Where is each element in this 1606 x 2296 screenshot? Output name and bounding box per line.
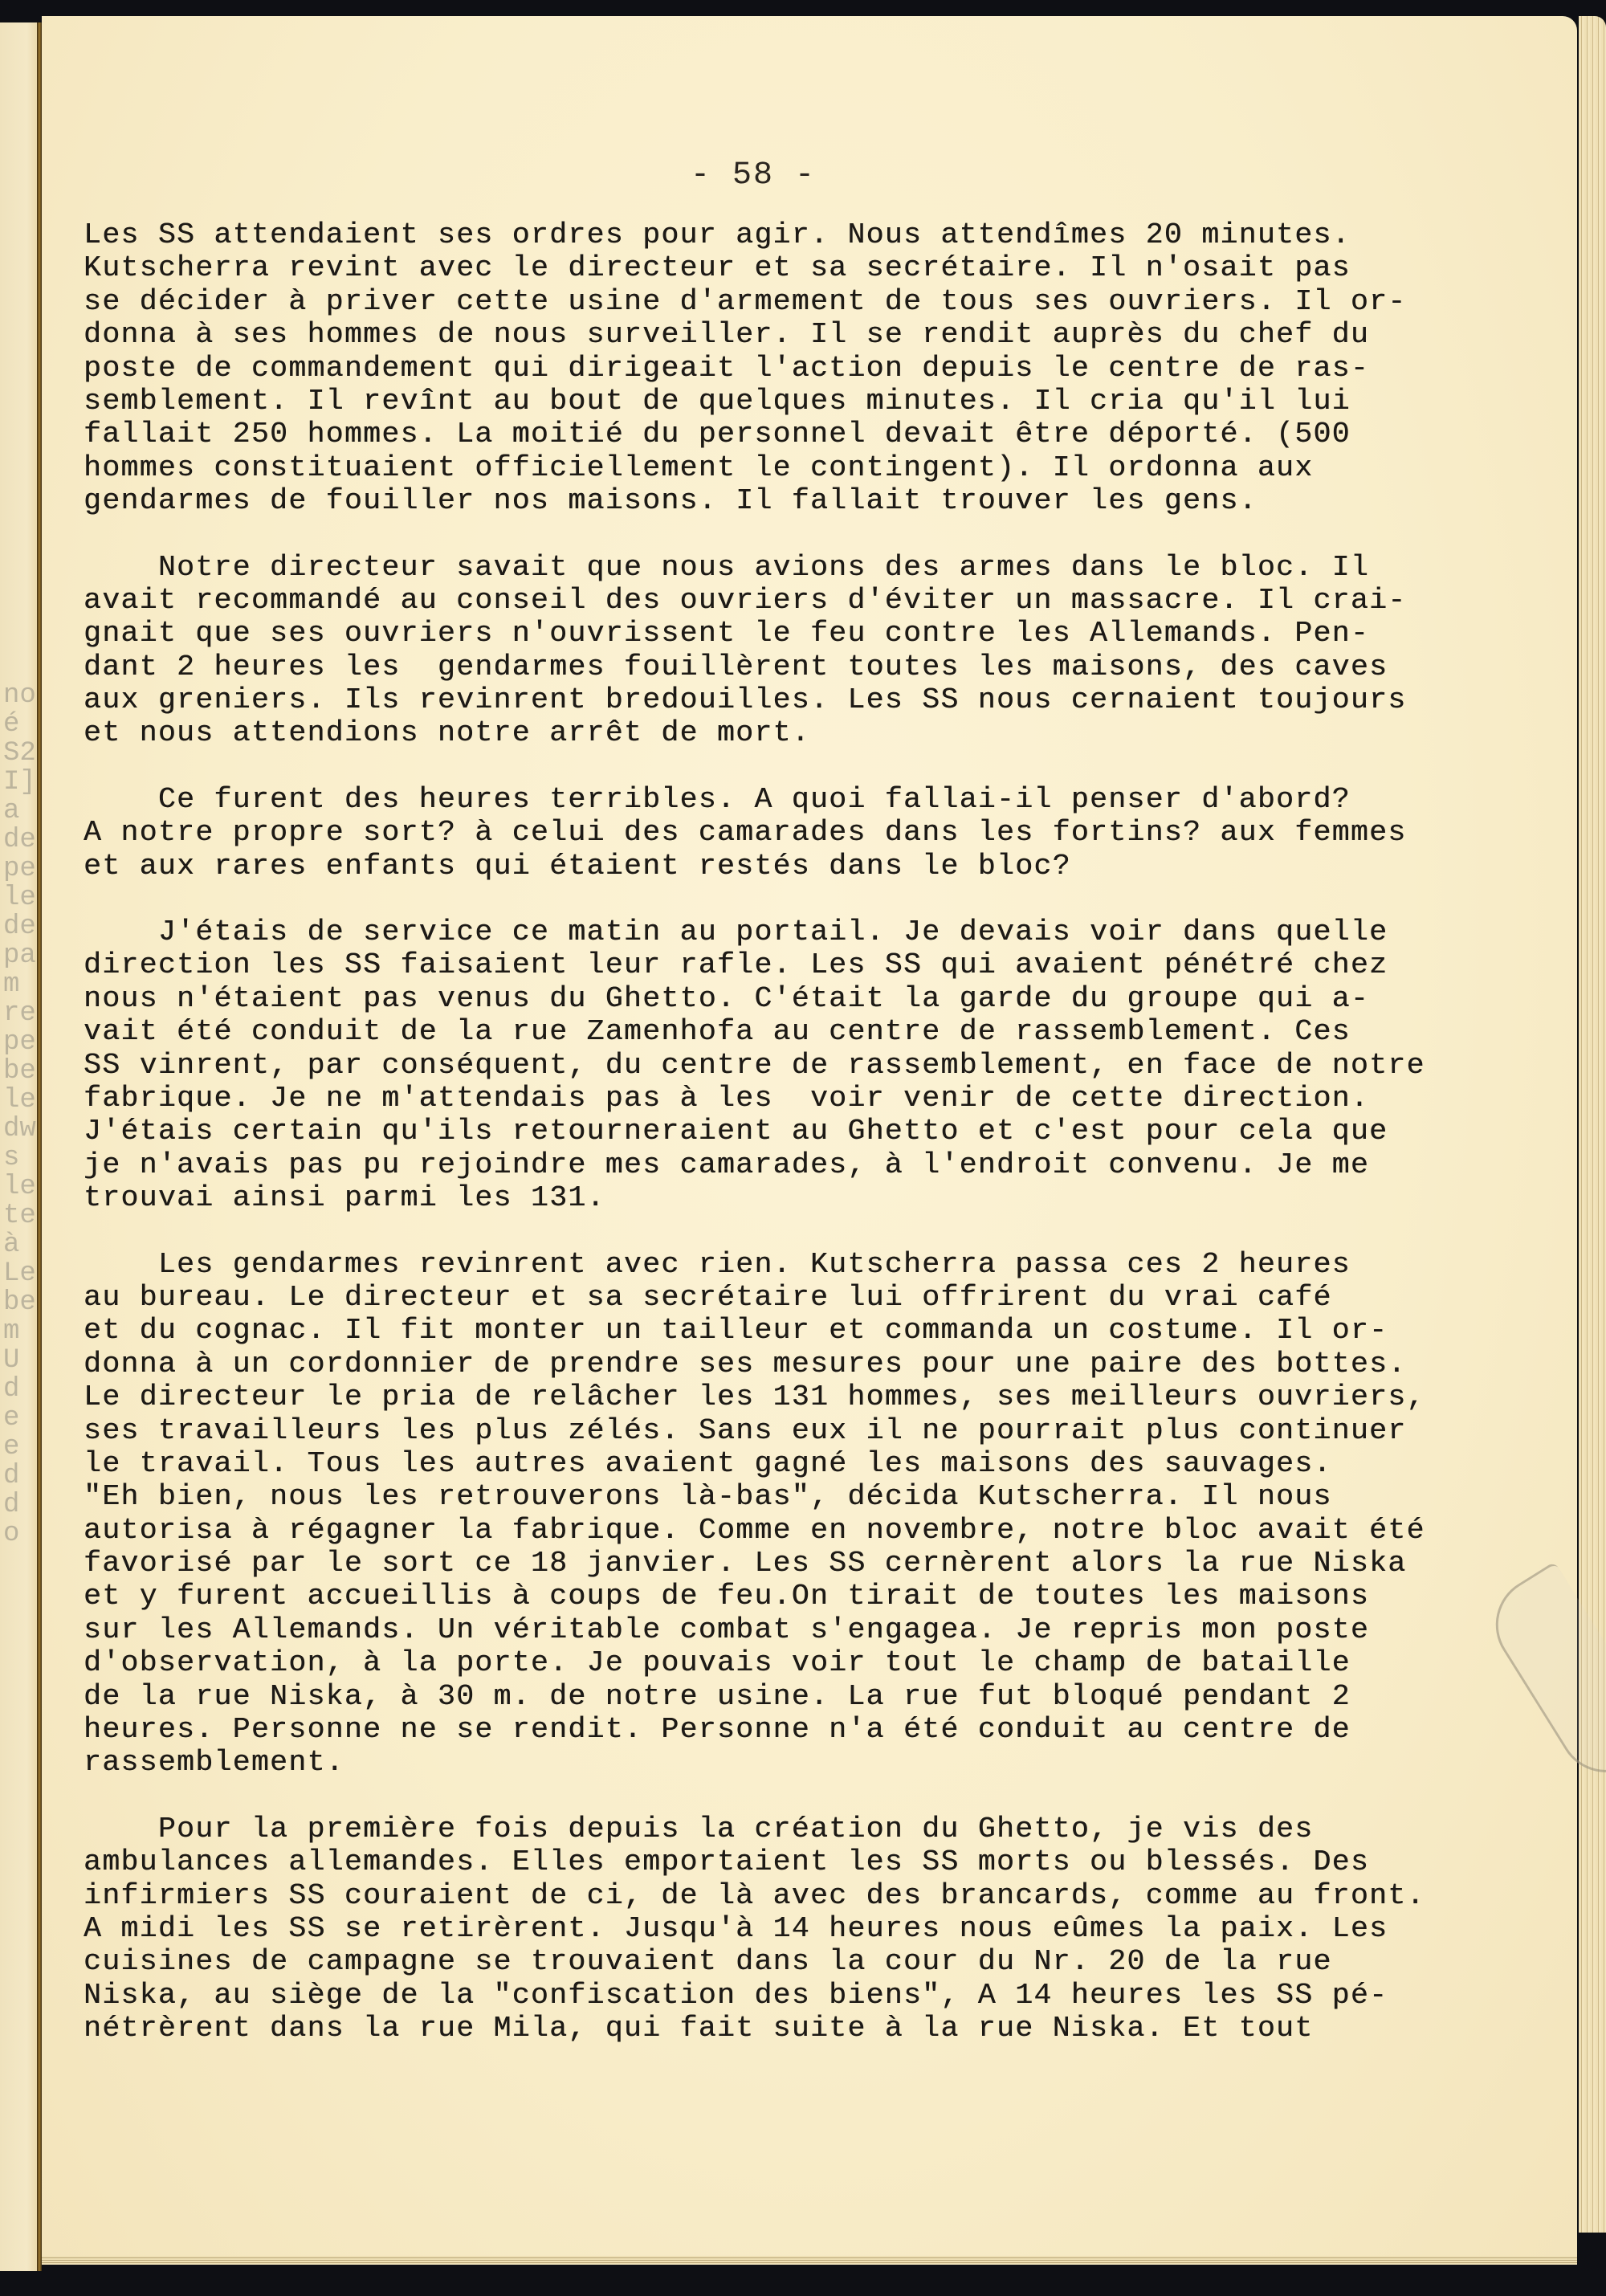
text-line: Niska, au siège de la "confiscation des …	[84, 1979, 1497, 2012]
text-line: Le directeur le pria de relâcher les 131…	[84, 1380, 1497, 1413]
text-line: "Eh bien, nous les retrouverons là-bas",…	[84, 1480, 1497, 1513]
page-number: - 58 -	[691, 157, 816, 194]
paragraph-1: Les SS attendaient ses ordres pour agir.…	[84, 218, 1497, 518]
text-line: SS vinrent, par conséquent, du centre de…	[84, 1049, 1497, 1082]
left-page-text-fragments: no é S2 I] a de pe le de pa m re pe be l…	[3, 681, 36, 1548]
paragraph-3: Ce furent des heures terribles. A quoi f…	[84, 783, 1497, 883]
text-line: A midi les SS se retirèrent. Jusqu'à 14 …	[84, 1912, 1497, 1945]
text-line: de la rue Niska, à 30 m. de notre usine.…	[84, 1680, 1497, 1713]
text-line: Les gendarmes revinrent avec rien. Kutsc…	[84, 1248, 1497, 1281]
text-line: ambulances allemandes. Elles emportaient…	[84, 1845, 1497, 1878]
text-line: et y furent accueillis à coups de feu.On…	[84, 1580, 1497, 1613]
text-line: et du cognac. Il fit monter un tailleur …	[84, 1314, 1497, 1347]
text-line: nétrèrent dans la rue Mila, qui fait sui…	[84, 2012, 1497, 2045]
text-line: fallait 250 hommes. La moitié du personn…	[84, 418, 1497, 451]
text-line: Ce furent des heures terribles. A quoi f…	[84, 783, 1497, 816]
text-line: infirmiers SS couraient de ci, de là ave…	[84, 1879, 1497, 1912]
text-line: gendarmes de fouiller nos maisons. Il fa…	[84, 484, 1497, 517]
text-line: poste de commandement qui dirigeait l'ac…	[84, 352, 1497, 385]
text-line: donna à un cordonnier de prendre ses mes…	[84, 1348, 1497, 1380]
text-line: hommes constituaient officiellement le c…	[84, 451, 1497, 484]
text-line: au bureau. Le directeur et sa secrétaire…	[84, 1281, 1497, 1314]
text-line: fabrique. Je ne m'attendais pas à les vo…	[84, 1082, 1497, 1115]
paragraph-5: Les gendarmes revinrent avec rien. Kutsc…	[84, 1248, 1497, 1780]
text-line: le travail. Tous les autres avaient gagn…	[84, 1447, 1497, 1480]
text-line: et aux rares enfants qui étaient restés …	[84, 850, 1497, 883]
paragraph-6: Pour la première fois depuis la création…	[84, 1813, 1497, 2045]
text-line: et nous attendions notre arrêt de mort.	[84, 716, 1497, 749]
typewritten-text-body: Les SS attendaient ses ordres pour agir.…	[84, 218, 1497, 2078]
scanned-book-spread: no é S2 I] a de pe le de pa m re pe be l…	[0, 0, 1606, 2296]
text-line: A notre propre sort? à celui des camarad…	[84, 816, 1497, 849]
text-line: rassemblement.	[84, 1746, 1497, 1779]
text-line: nous n'étaient pas venus du Ghetto. C'ét…	[84, 982, 1497, 1015]
text-line: gnait que ses ouvriers n'ouvrissent le f…	[84, 617, 1497, 650]
text-line: Les SS attendaient ses ordres pour agir.…	[84, 218, 1497, 251]
text-line: se décider à priver cette usine d'armeme…	[84, 285, 1497, 318]
text-line: Notre directeur savait que nous avions d…	[84, 551, 1497, 584]
text-line: cuisines de campagne se trouvaient dans …	[84, 1945, 1497, 1978]
text-line: autorisa à régagner la fabrique. Comme e…	[84, 1514, 1497, 1547]
text-line: Pour la première fois depuis la création…	[84, 1813, 1497, 1845]
text-line: semblement. Il revînt au bout de quelque…	[84, 385, 1497, 418]
page-bottom-edge	[42, 2256, 1577, 2264]
text-line: donna à ses hommes de nous surveiller. I…	[84, 318, 1497, 351]
text-line: direction les SS faisaient leur rafle. L…	[84, 948, 1497, 981]
text-line: heures. Personne ne se rendit. Personne …	[84, 1713, 1497, 1746]
text-line: dant 2 heures les gendarmes fouillèrent …	[84, 650, 1497, 683]
text-line: trouvai ainsi parmi les 131.	[84, 1181, 1497, 1214]
text-line: avait recommandé au conseil des ouvriers…	[84, 584, 1497, 617]
text-line: d'observation, à la porte. Je pouvais vo…	[84, 1646, 1497, 1679]
text-line: Kutscherra revint avec le directeur et s…	[84, 251, 1497, 284]
text-line: J'étais de service ce matin au portail. …	[84, 916, 1497, 948]
text-line: je n'avais pas pu rejoindre mes camarade…	[84, 1148, 1497, 1181]
text-line: sur les Allemands. Un véritable combat s…	[84, 1613, 1497, 1646]
left-facing-page: no é S2 I] a de pe le de pa m re pe be l…	[0, 22, 39, 2271]
text-line: J'étais certain qu'ils retourneraient au…	[84, 1115, 1497, 1148]
text-line: ses travailleurs les plus zélés. Sans eu…	[84, 1414, 1497, 1447]
paragraph-2: Notre directeur savait que nous avions d…	[84, 551, 1497, 750]
text-line: aux greniers. Ils revinrent bredouilles.…	[84, 683, 1497, 716]
paragraph-4: J'étais de service ce matin au portail. …	[84, 916, 1497, 1215]
text-line: vait été conduit de la rue Zamenhofa au …	[84, 1015, 1497, 1048]
text-line: favorisé par le sort ce 18 janvier. Les …	[84, 1547, 1497, 1580]
page-stack-edges	[1579, 16, 1606, 2233]
